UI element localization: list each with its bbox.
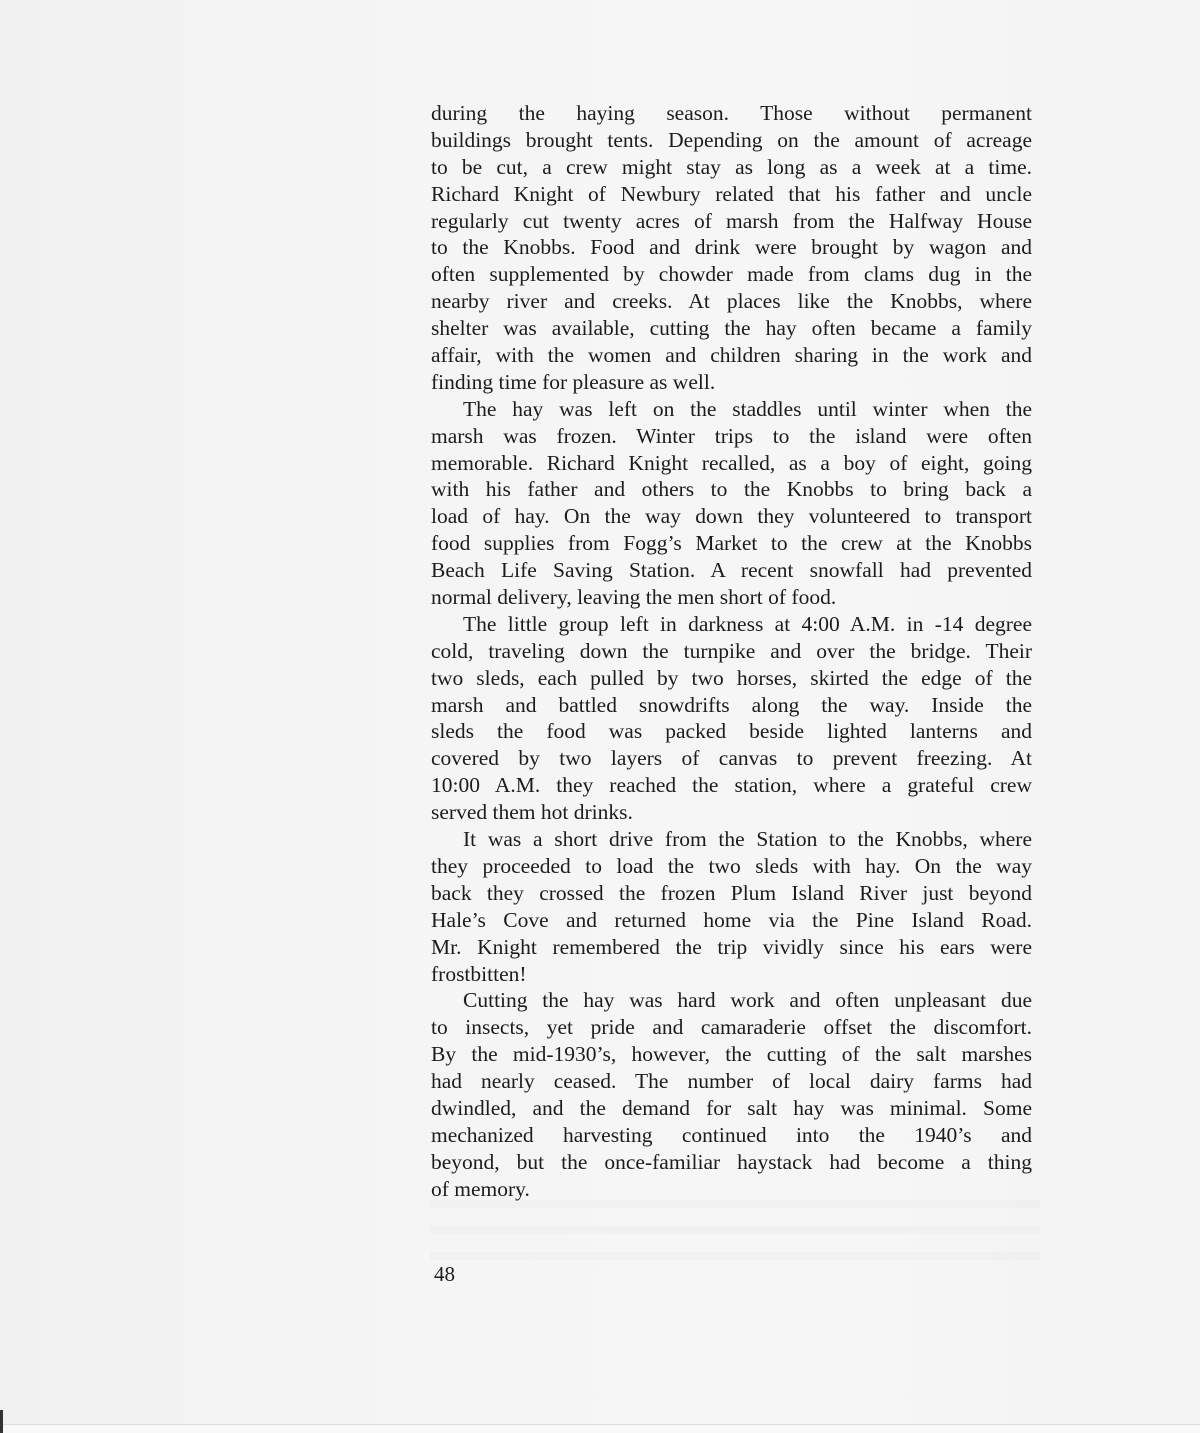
- text-line: beyond, but the once-familiar haystack h…: [431, 1149, 1032, 1176]
- text-line: 10:00 A.M. they reached the station, whe…: [431, 772, 1032, 799]
- text-line: buildings brought tents. Depending on th…: [431, 127, 1032, 154]
- text-line: cold, traveling down the turnpike and ov…: [431, 638, 1032, 665]
- text-line: mechanized harvesting continued into the…: [431, 1122, 1032, 1149]
- text-line: regularly cut twenty acres of marsh from…: [431, 208, 1032, 235]
- text-line: to insects, yet pride and camaraderie of…: [431, 1014, 1032, 1041]
- page-bottom-edge: [0, 1424, 1200, 1433]
- text-line: often supplemented by chowder made from …: [431, 261, 1032, 288]
- text-line: to the Knobbs. Food and drink were broug…: [431, 234, 1032, 261]
- text-line: with his father and others to the Knobbs…: [431, 476, 1032, 503]
- text-line: marsh was frozen. Winter trips to the is…: [431, 423, 1032, 450]
- binding-edge-mark: [0, 1410, 3, 1433]
- text-line: normal delivery, leaving the men short o…: [431, 584, 1032, 611]
- text-line: Cutting the hay was hard work and often …: [431, 987, 1032, 1014]
- paragraph: Cutting the hay was hard work and often …: [431, 987, 1032, 1202]
- text-line: had nearly ceased. The number of local d…: [431, 1068, 1032, 1095]
- text-line: The little group left in darkness at 4:0…: [431, 611, 1032, 638]
- text-line: Hale’s Cove and returned home via the Pi…: [431, 907, 1032, 934]
- text-line: It was a short drive from the Station to…: [431, 826, 1032, 853]
- body-text: during the haying season. Those without …: [431, 100, 1032, 1203]
- text-line: By the mid-1930’s, however, the cutting …: [431, 1041, 1032, 1068]
- text-line: to be cut, a crew might stay as long as …: [431, 154, 1032, 181]
- text-line: they proceeded to load the two sleds wit…: [431, 853, 1032, 880]
- text-line: marsh and battled snowdrifts along the w…: [431, 692, 1032, 719]
- paragraph: The hay was left on the staddles until w…: [431, 396, 1032, 611]
- text-line: Mr. Knight remembered the trip vividly s…: [431, 934, 1032, 961]
- text-line: during the haying season. Those without …: [431, 100, 1032, 127]
- paragraph: It was a short drive from the Station to…: [431, 826, 1032, 987]
- text-line: served them hot drinks.: [431, 799, 1032, 826]
- text-line: two sleds, each pulled by two horses, sk…: [431, 665, 1032, 692]
- page-number: 48: [434, 1262, 455, 1287]
- text-line: load of hay. On the way down they volunt…: [431, 503, 1032, 530]
- text-line: back they crossed the frozen Plum Island…: [431, 880, 1032, 907]
- text-line: sleds the food was packed beside lighted…: [431, 718, 1032, 745]
- text-line: food supplies from Fogg’s Market to the …: [431, 530, 1032, 557]
- text-line: nearby river and creeks. At places like …: [431, 288, 1032, 315]
- text-line: memorable. Richard Knight recalled, as a…: [431, 450, 1032, 477]
- text-line: affair, with the women and children shar…: [431, 342, 1032, 369]
- text-line: Richard Knight of Newbury related that h…: [431, 181, 1032, 208]
- text-line: The hay was left on the staddles until w…: [431, 396, 1032, 423]
- text-line: frostbitten!: [431, 961, 1032, 988]
- book-page: during the haying season. Those without …: [0, 0, 1200, 1433]
- text-line: finding time for pleasure as well.: [431, 369, 1032, 396]
- text-line: Beach Life Saving Station. A recent snow…: [431, 557, 1032, 584]
- text-line: dwindled, and the demand for salt hay wa…: [431, 1095, 1032, 1122]
- text-line: shelter was available, cutting the hay o…: [431, 315, 1032, 342]
- text-line: of memory.: [431, 1176, 1032, 1203]
- text-line: covered by two layers of canvas to preve…: [431, 745, 1032, 772]
- bleed-through-text-bottom: [430, 1190, 1040, 1275]
- paragraph: The little group left in darkness at 4:0…: [431, 611, 1032, 826]
- paragraph: during the haying season. Those without …: [431, 100, 1032, 396]
